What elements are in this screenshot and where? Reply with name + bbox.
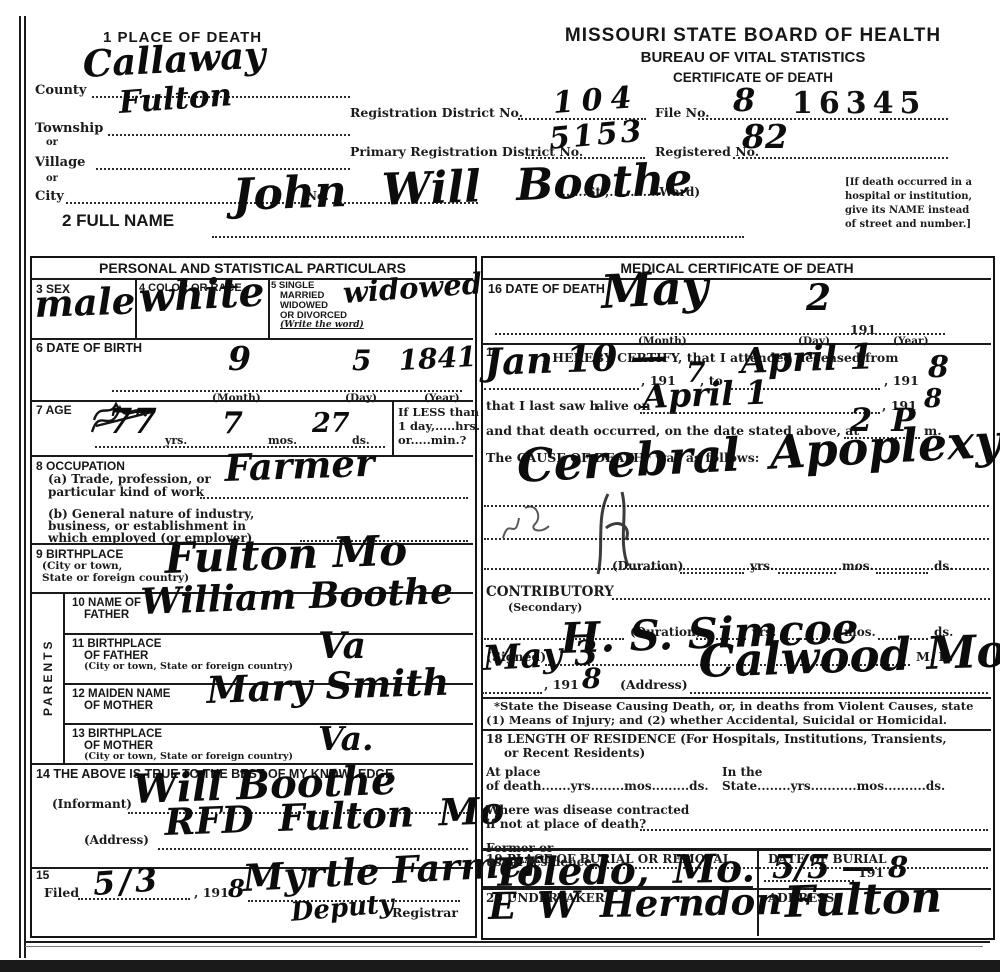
file-no-stamp: 16345: [792, 86, 926, 121]
occupation-a-line-1: (a) Trade, profession, or: [48, 473, 211, 486]
birthplace-caption-1: (City or town,: [42, 561, 122, 572]
father-birthplace-label-1: 11 BIRTHPLACE: [72, 638, 161, 650]
undertaker-value: E W Herndon: [488, 885, 782, 923]
file-no-prefix: 8: [733, 86, 755, 115]
dod-191-printed: 191: [850, 323, 876, 336]
row-rule-723: [64, 723, 473, 725]
filed-191-printed: , 191: [194, 886, 229, 899]
father-name-label-2: FATHER: [84, 609, 129, 621]
village-label: Village: [35, 156, 85, 170]
dob-day-caption: (Day): [345, 393, 377, 404]
dob-year-caption: (Year): [424, 393, 460, 404]
at-place-label-1: At place: [486, 766, 541, 779]
secondary-caption: (Secondary): [508, 602, 582, 614]
registration-district-value: 104: [552, 84, 640, 117]
date-of-death-label: 16 DATE OF DEATH: [488, 283, 605, 296]
age-less-line-2: 1 day,.....hrs.: [398, 420, 480, 432]
parents-vertical-label: PARENTS: [33, 592, 63, 763]
father-name-label-1: 10 NAME OF: [72, 597, 141, 609]
dob-month-value: 9: [228, 344, 251, 374]
dob-fill-line: [112, 390, 462, 392]
full-name-value: John Will Boothe: [232, 160, 693, 216]
attended-from-line: [484, 388, 639, 390]
date-of-birth-label: 6 DATE OF BIRTH: [36, 342, 142, 355]
filed-label: Filed: [44, 886, 79, 899]
informant-address-value: RFD Fulton Mo: [164, 794, 505, 839]
primary-registration-value: 5153: [548, 118, 645, 153]
birthplace-value: Fulton Mo: [164, 532, 408, 578]
father-birthplace-value: Va: [318, 630, 366, 662]
township-fill-line: [108, 134, 350, 136]
occupation-a-value: Farmer: [224, 447, 375, 486]
bottom-rule-1: [25, 941, 990, 943]
scan-edge-left-line-2: [24, 16, 26, 958]
disease-contracted-label-1: Where was disease contracted: [486, 804, 689, 817]
filed-section-number: 15: [36, 869, 49, 882]
signed-date-value: May 3: [482, 638, 598, 675]
board-title: MISSOURI STATE BOARD OF HEALTH: [510, 26, 996, 46]
bottom-rule-2: [25, 946, 983, 947]
or-label-1: or: [46, 138, 58, 149]
death-certificate-scan: 1 PLACE OF DEATH County Callaway Townshi…: [0, 0, 1000, 972]
mother-birthplace-label-1: 13 BIRTHPLACE: [72, 728, 162, 740]
date-of-death-line: [495, 333, 945, 335]
color-marital-divider: [268, 280, 270, 338]
dod-month-value: May: [600, 266, 709, 313]
mother-birthplace-value: Va.: [318, 724, 373, 754]
last-saw-value: April 1: [642, 378, 769, 412]
duration1-dots-1: [680, 572, 744, 574]
informant-label: (Informant): [52, 798, 132, 811]
hospital-note-line-2: hospital or institution,: [845, 192, 972, 203]
cause-line-3: [484, 568, 989, 570]
ink-smudge-left: [495, 498, 567, 548]
signed-year-hw: 8: [582, 666, 601, 691]
note-bottom-rule: [483, 729, 991, 731]
full-name-line: [212, 236, 744, 238]
dob-day-value: 5: [352, 348, 371, 373]
mother-name-label-2: OF MOTHER: [84, 700, 153, 712]
registered-no-value: 82: [742, 122, 788, 152]
birthplace-label: 9 BIRTHPLACE: [36, 548, 123, 561]
occupation-a-line: [200, 497, 468, 499]
row-rule-633: [64, 633, 473, 635]
occupation-a-line-2: particular kind of work: [48, 486, 204, 499]
disease-contracted-label-2: if not at place of death?: [486, 818, 646, 831]
occupation-label: 8 OCCUPATION: [36, 460, 125, 473]
scan-bottom-bar: [0, 960, 1000, 972]
violent-causes-note-1: *State the Disease Causing Death, or, in…: [494, 700, 973, 712]
lastsaw-year-hw: 8: [924, 388, 942, 411]
residence-label-2: or Recent Residents): [504, 747, 645, 760]
medical-title: MEDICAL CERTIFICATE OF DEATH: [483, 261, 991, 276]
sex-value: male: [34, 284, 136, 321]
physician-address-label: (Address): [620, 678, 688, 691]
violent-causes-note-2: (1) Means of Injury; and (2) whether Acc…: [486, 714, 947, 726]
in-state-label-1: In the: [722, 766, 762, 779]
age-months-value: 7: [222, 410, 243, 437]
filed-date-value: 5/3: [92, 865, 162, 898]
in-state-label-2: State........yrs...........mos..........…: [722, 780, 945, 793]
hospital-note-line-3: give its NAME instead: [845, 206, 969, 217]
disease-contracted-line: [640, 829, 988, 831]
township-label: Township: [35, 122, 103, 136]
full-name-label: 2 FULL NAME: [62, 212, 174, 230]
physician-address-value: Calwood Mo: [698, 631, 1000, 682]
to-year-hw: 8: [928, 354, 949, 381]
scan-edge-left-line-1: [19, 16, 21, 958]
hospital-note-line-1: [If death occurred in a: [845, 178, 972, 189]
medical-title-rule: [483, 278, 991, 280]
last-saw-line: [640, 412, 880, 414]
duration1-dots-3: [876, 572, 928, 574]
duration1-yrs: yrs.: [750, 560, 774, 573]
dod-day-value: 2: [806, 282, 831, 314]
dod-year-caption: (Year): [893, 336, 929, 347]
county-value: Callaway: [82, 38, 266, 81]
age-less-line-3: or.....min.?: [398, 434, 466, 446]
age-label: 7 AGE: [36, 404, 72, 417]
county-label: County: [35, 84, 86, 98]
age-days-value: 27: [312, 412, 350, 436]
informant-address-label: (Address): [84, 834, 149, 847]
age-years-value: 77: [108, 406, 157, 438]
father-name-value: William Boothe: [140, 575, 454, 618]
physician-address-line: [690, 692, 988, 694]
registrar-label: Registrar: [392, 906, 458, 919]
duration1-dots-2: [778, 572, 836, 574]
city-label: City: [35, 190, 64, 204]
signed-191-printed: , 191: [544, 678, 579, 691]
at-place-label-2: of death.......yrs........mos.........ds…: [486, 780, 709, 793]
mother-name-label-1: 12 MAIDEN NAME: [72, 688, 170, 700]
duration1-label: (Duration): [612, 560, 683, 573]
duration1-ds: ds.: [934, 560, 953, 573]
dob-month-caption: (Month): [212, 393, 261, 404]
registration-district-label: Registration District No.: [350, 106, 523, 119]
bureau-subtitle: BUREAU OF VITAL STATISTICS: [510, 50, 996, 66]
row-rule-338: [32, 338, 473, 340]
dob-year-value: 1841: [398, 344, 477, 373]
age-yrs-caption: yrs.: [165, 435, 187, 447]
marital-value: widowed: [342, 270, 483, 306]
contributory-label: CONTRIBUTORY: [486, 585, 614, 599]
last-saw-text-1: that I last saw h: [486, 399, 599, 412]
or-label-2: or: [46, 174, 58, 185]
parents-col-divider: [63, 592, 65, 763]
undertaker-address-value: Fulton: [784, 879, 942, 923]
age-sub-divider: [392, 402, 394, 455]
to-191-printed: , 191: [884, 374, 919, 387]
contributory-line: [612, 598, 990, 600]
age-less-line-1: If LESS than: [398, 406, 479, 418]
mother-name-value: Mary Smith: [206, 666, 450, 708]
duration1-mos: mos.: [842, 560, 874, 573]
marital-write-word-label: (Write the word): [280, 321, 364, 330]
hospital-note-line-4: of street and number.]: [845, 220, 971, 231]
registered-no-line: [733, 157, 948, 159]
signed-date-line: [482, 692, 542, 694]
color-race-value: white: [138, 273, 265, 316]
residence-label-1: 18 LENGTH OF RESIDENCE (For Hospitals, I…: [486, 733, 947, 746]
township-value: Fulton: [118, 82, 233, 118]
